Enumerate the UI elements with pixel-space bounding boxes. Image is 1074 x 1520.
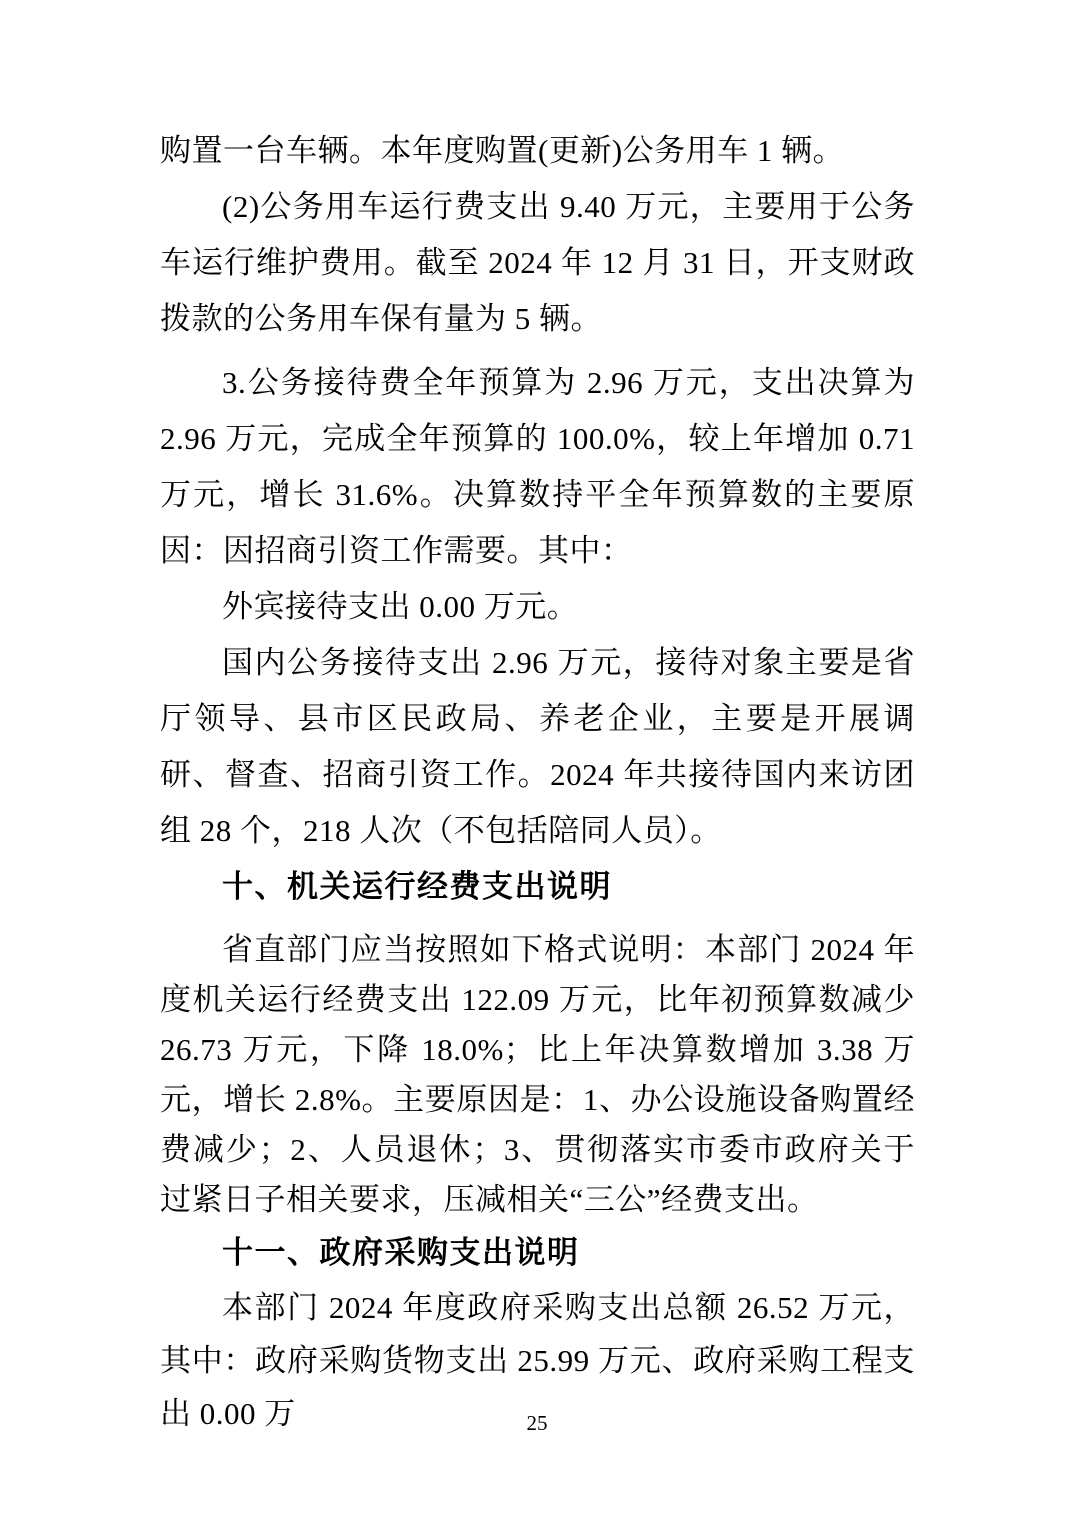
heading-section-eleven-government-procurement: 十一、政府采购支出说明 (160, 1225, 915, 1281)
para-vehicle-purchase-continuation: 购置一台车辆。本年度购置(更新)公务用车 1 辆。 (160, 123, 915, 179)
document-page: 购置一台车辆。本年度购置(更新)公务用车 1 辆。 (2)公务用车运行费支出 9… (0, 0, 1074, 1520)
heading-section-ten-agency-operating-expense: 十、机关运行经费支出说明 (160, 859, 915, 915)
para-agency-operating-expense: 省直部门应当按照如下格式说明：本部门 2024 年度机关运行经费支出 122.0… (160, 925, 915, 1225)
para-vehicle-operating-cost: (2)公务用车运行费支出 9.40 万元，主要用于公务车运行维护费用。截至 20… (160, 179, 915, 347)
page-number: 25 (0, 1408, 1074, 1438)
para-foreign-guest-reception: 外宾接待支出 0.00 万元。 (160, 579, 915, 635)
para-domestic-reception: 国内公务接待支出 2.96 万元，接待对象主要是省厅领导、县市区民政局、养老企业… (160, 635, 915, 859)
para-official-reception-budget: 3.公务接待费全年预算为 2.96 万元，支出决算为 2.96 万元，完成全年预… (160, 355, 915, 579)
document-content: 购置一台车辆。本年度购置(更新)公务用车 1 辆。 (2)公务用车运行费支出 9… (160, 0, 915, 1440)
